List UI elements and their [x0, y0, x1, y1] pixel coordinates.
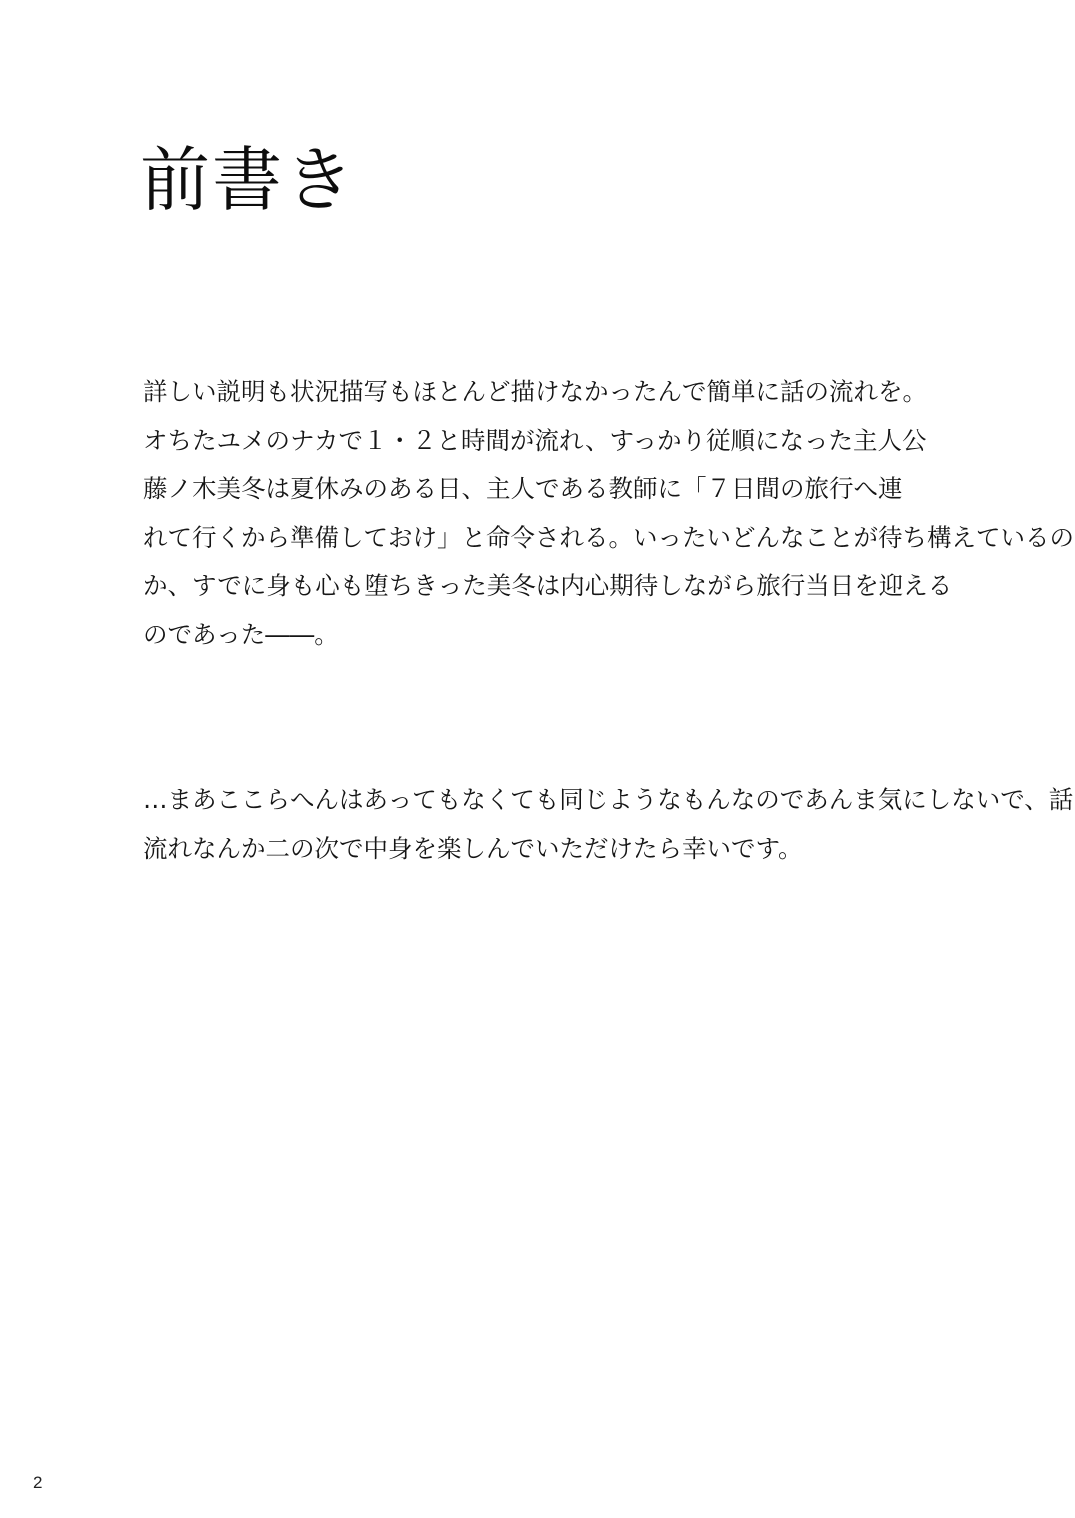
text-line: 藤ノ木美冬は夏休みのある日、主人である教師に「７日間の旅行へ連: [143, 465, 1074, 514]
text-line: のであった――。: [143, 611, 1074, 660]
text-line: …まあここらへんはあってもなくても同じようなもんなのであんま気にしないで、話の: [143, 776, 1075, 825]
text-line: 流れなんか二の次で中身を楽しんでいただけたら幸いです。: [143, 825, 1075, 874]
text-line: 詳しい説明も状況描写もほとんど描けなかったんで簡単に話の流れを。: [143, 368, 1074, 417]
text-line: か、すでに身も心も堕ちきった美冬は内心期待しながら旅行当日を迎える: [143, 562, 1074, 611]
page-title: 前書き: [140, 138, 356, 222]
text-line: れて行くから準備しておけ」と命令される。いったいどんなことが待ち構えているの: [143, 514, 1074, 563]
closing-note-paragraph: …まあここらへんはあってもなくても同じようなもんなのであんま気にしないで、話の …: [143, 776, 1075, 873]
text-line: オちたユメのナカで１・２と時間が流れ、すっかり従順になった主人公: [143, 417, 1074, 466]
page-number: 2: [33, 1472, 42, 1494]
synopsis-paragraph: 詳しい説明も状況描写もほとんど描けなかったんで簡単に話の流れを。 オちたユメのナ…: [143, 368, 1074, 659]
